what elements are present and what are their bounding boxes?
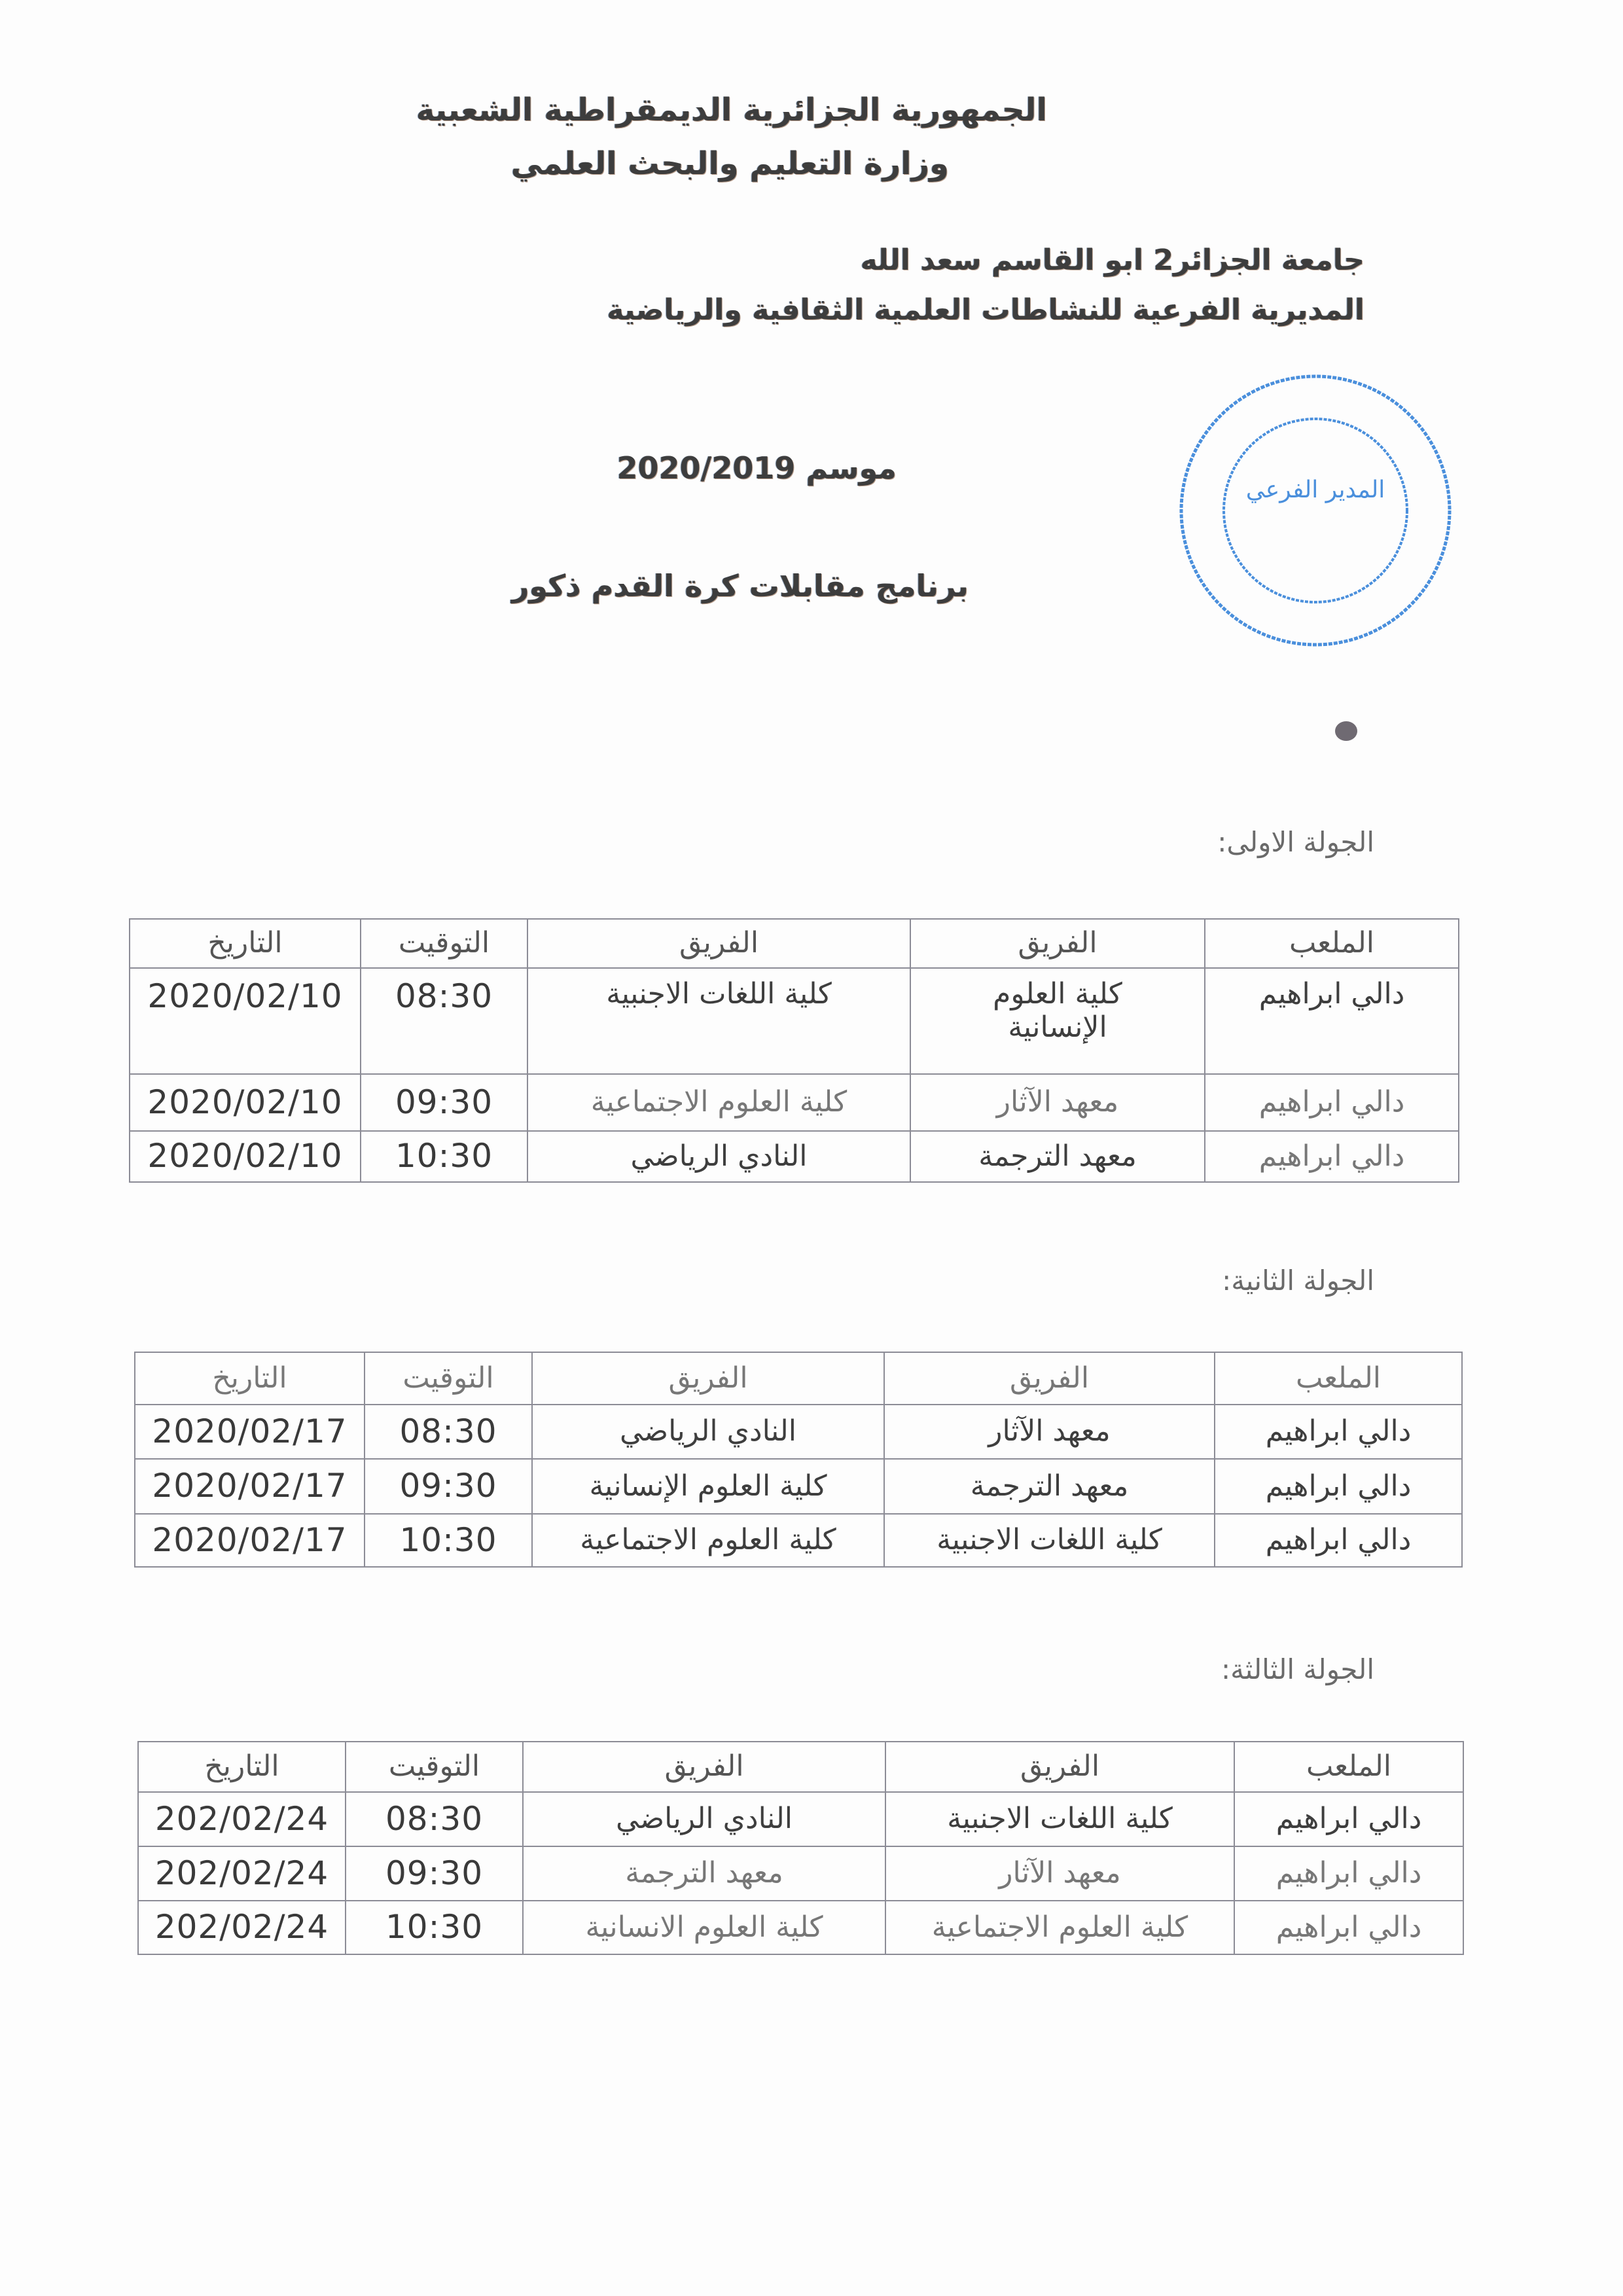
stadium-cell: دالي ابراهيم <box>1215 1405 1462 1459</box>
date-cell: 2020/02/10 <box>130 1131 361 1182</box>
team2-cell: النادي الرياضي <box>532 1405 884 1459</box>
time-cell: 10:30 <box>361 1131 527 1182</box>
date-cell: 202/02/24 <box>138 1792 346 1846</box>
col-team2: الفريق <box>523 1742 885 1792</box>
stadium-cell: دالي ابراهيم <box>1205 968 1459 1074</box>
time-cell: 08:30 <box>361 968 527 1074</box>
team1-cell: معهد الآثار <box>910 1074 1205 1131</box>
svg-text:المديرية الفرعية للنشاطات العل: المديرية الفرعية للنشاطات العلمية و الثق… <box>1171 367 1181 372</box>
round-3-label: الجولة الثالثة: <box>1221 1653 1374 1685</box>
team2-cell: كلية العلوم الاجتماعية <box>527 1074 910 1131</box>
table-row: دالي ابراهيم معهد الآثار معهد الترجمة 09… <box>138 1846 1463 1901</box>
col-stadium: الملعب <box>1215 1352 1462 1405</box>
round-1-label: الجولة الاولى: <box>1217 826 1374 858</box>
republic-heading: الجمهورية الجزائرية الديمقراطية الشعبية <box>416 92 1047 128</box>
date-cell: 2020/02/17 <box>135 1405 365 1459</box>
col-date: التاريخ <box>138 1742 346 1792</box>
team2-cell: النادي الرياضي <box>523 1792 885 1846</box>
team1-cell: معهد الترجمة <box>910 1131 1205 1182</box>
table-row: دالي ابراهيم معهد الآثار كلية العلوم الا… <box>130 1074 1459 1131</box>
team2-cell: معهد الترجمة <box>523 1846 885 1901</box>
table-row: دالي ابراهيم معهد الترجمة النادي الرياضي… <box>130 1131 1459 1182</box>
col-stadium: الملعب <box>1205 919 1459 968</box>
round-3-table: الملعب الفريق الفريق التوقيت التاريخ دال… <box>137 1741 1464 1955</box>
col-team2: الفريق <box>527 919 910 968</box>
stadium-cell: دالي ابراهيم <box>1205 1074 1459 1131</box>
col-time: التوقيت <box>365 1352 532 1405</box>
col-date: التاريخ <box>135 1352 365 1405</box>
university-heading: جامعة الجزائر2 ابو القاسم سعد الله <box>861 243 1364 277</box>
date-cell: 202/02/24 <box>138 1846 346 1901</box>
table-row: دالي ابراهيم كلية اللغات الاجنبية النادي… <box>138 1792 1463 1846</box>
stamp-center-text: المدير الفرعي <box>1246 476 1385 503</box>
team1-cell: معهد الآثار <box>885 1846 1234 1901</box>
table-row: دالي ابراهيم معهد الترجمة كلية العلوم ال… <box>135 1459 1462 1514</box>
table-row: دالي ابراهيم معهد الآثار النادي الرياضي … <box>135 1405 1462 1459</box>
time-cell: 09:30 <box>361 1074 527 1131</box>
team1-cell: كلية اللغات الاجنبية <box>885 1792 1234 1846</box>
time-cell: 09:30 <box>346 1846 523 1901</box>
table-row: دالي ابراهيم كلية اللغات الاجنبية كلية ا… <box>135 1514 1462 1567</box>
ministry-heading: وزارة التعليم والبحث العلمي <box>511 145 949 182</box>
team2-cell: كلية اللغات الاجنبية <box>527 968 910 1074</box>
table-row: دالي ابراهيم كلية العلوم الإنسانية كلية … <box>130 968 1459 1074</box>
round-2-table: الملعب الفريق الفريق التوقيت التاريخ دال… <box>134 1352 1463 1568</box>
table-row: دالي ابراهيم كلية العلوم الاجتماعية كلية… <box>138 1901 1463 1954</box>
season-label: موسم 2020/2019 <box>616 450 897 486</box>
official-stamp: المديرية الفرعية للنشاطات العلمية و الثق… <box>1171 367 1459 655</box>
time-cell: 10:30 <box>346 1901 523 1954</box>
stadium-cell: دالي ابراهيم <box>1234 1846 1463 1901</box>
col-team1: الفريق <box>910 919 1205 968</box>
team2-cell: النادي الرياضي <box>527 1131 910 1182</box>
col-team2: الفريق <box>532 1352 884 1405</box>
table-header-row: الملعب الفريق الفريق التوقيت التاريخ <box>130 919 1459 968</box>
stadium-cell: دالي ابراهيم <box>1234 1792 1463 1846</box>
stadium-cell: دالي ابراهيم <box>1234 1901 1463 1954</box>
team1-cell: كلية العلوم الاجتماعية <box>885 1901 1234 1954</box>
col-time: التوقيت <box>361 919 527 968</box>
team1-cell: معهد الترجمة <box>884 1459 1215 1514</box>
col-team1: الفريق <box>885 1742 1234 1792</box>
team2-cell: كلية العلوم الإنسانية <box>532 1459 884 1514</box>
document-title: برنامج مقابلات كرة القدم ذكور <box>512 568 969 603</box>
punch-dot <box>1335 721 1357 741</box>
team1-cell: كلية اللغات الاجنبية <box>884 1514 1215 1567</box>
time-cell: 09:30 <box>365 1459 532 1514</box>
time-cell: 10:30 <box>365 1514 532 1567</box>
date-cell: 2020/02/10 <box>130 968 361 1074</box>
date-cell: 202/02/24 <box>138 1901 346 1954</box>
date-cell: 2020/02/17 <box>135 1459 365 1514</box>
stadium-cell: دالي ابراهيم <box>1215 1459 1462 1514</box>
time-cell: 08:30 <box>365 1405 532 1459</box>
team1-cell: كلية العلوم الإنسانية <box>910 968 1205 1074</box>
col-team1: الفريق <box>884 1352 1215 1405</box>
round-2-label: الجولة الثانية: <box>1222 1265 1374 1297</box>
col-date: التاريخ <box>130 919 361 968</box>
col-time: التوقيت <box>346 1742 523 1792</box>
table-header-row: الملعب الفريق الفريق التوقيت التاريخ <box>138 1742 1463 1792</box>
stadium-cell: دالي ابراهيم <box>1215 1514 1462 1567</box>
team2-cell: كلية العلوم الاجتماعية <box>532 1514 884 1567</box>
team2-cell: كلية العلوم الانسانية <box>523 1901 885 1954</box>
col-stadium: الملعب <box>1234 1742 1463 1792</box>
date-cell: 2020/02/17 <box>135 1514 365 1567</box>
date-cell: 2020/02/10 <box>130 1074 361 1131</box>
time-cell: 08:30 <box>346 1792 523 1846</box>
round-1-table: الملعب الفريق الفريق التوقيت التاريخ دال… <box>129 918 1459 1183</box>
team1-cell: معهد الآثار <box>884 1405 1215 1459</box>
stadium-cell: دالي ابراهيم <box>1205 1131 1459 1182</box>
directorate-heading: المديرية الفرعية للنشاطات العلمية الثقاف… <box>607 293 1364 327</box>
table-header-row: الملعب الفريق الفريق التوقيت التاريخ <box>135 1352 1462 1405</box>
